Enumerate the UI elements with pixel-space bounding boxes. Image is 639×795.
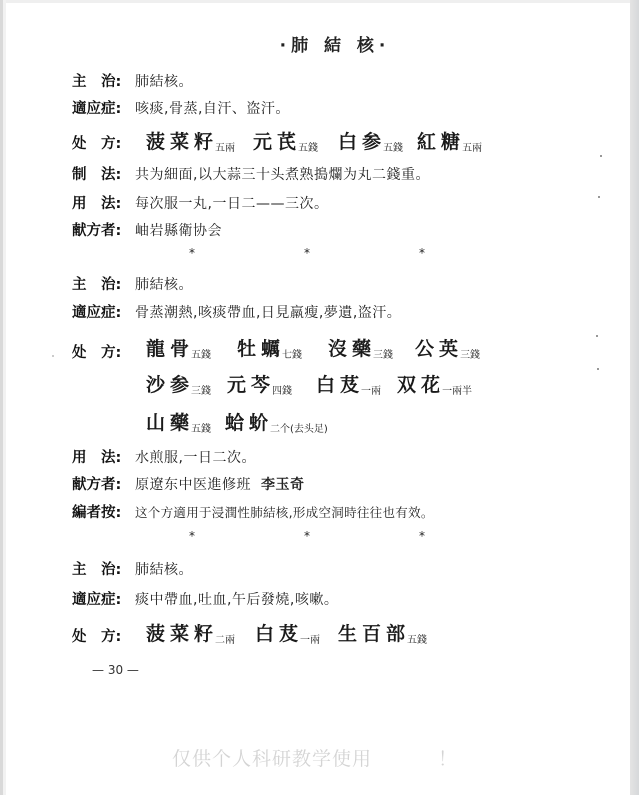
separator-star: * (419, 529, 425, 543)
preparation-value: 共为細面,以大蒜三十头煮熟搗爛为丸二錢重。 (135, 164, 430, 184)
herb-item: 沒藥 三錢 (328, 334, 393, 361)
scan-speck (596, 335, 598, 337)
scan-speck (600, 155, 602, 157)
herb-item: 牡蠣 七錢 (237, 334, 302, 361)
separator-star: * (419, 246, 425, 260)
prescription-label: 处 方: (72, 341, 135, 362)
contributor-person: 李玉奇 (261, 474, 305, 494)
entry-2-herb-list-line-3: 山藥 五錢 蛤蚧 二个(去头足) (146, 408, 344, 435)
entry-2-contributor-row: 献方者: 原遼东中医進修班 李玉奇 (72, 473, 305, 494)
entry-1-usage-row: 用 法: 每次服一丸,一日二——三次。 (72, 192, 328, 213)
herb-item: 山藥 五錢 (146, 408, 211, 435)
entry-1-prescription-row: 处 方: (72, 132, 135, 153)
entry-2-herb-list-line-1: 龍骨 五錢 牡蠣 七錢 沒藥 三錢 公英 三錢 (146, 334, 496, 361)
watermark-text: 仅供个人科研教学使用 (172, 744, 372, 771)
document-page: ·肺 結 核· 主 治: 肺結核。 適应症: 咳痰,骨蒸,自汗、盗汗。 处 方:… (6, 3, 630, 795)
indication-value: 肺結核。 (135, 71, 193, 91)
entry-2-indication-row: 主 治: 肺結核。 (72, 273, 193, 294)
entry-1-contributor-row: 献方者: 岫岩縣衛协会 (72, 219, 222, 240)
herb-item: 元芩 四錢 (227, 370, 292, 397)
contributor-label: 献方者: (72, 219, 135, 240)
entry-3-symptoms-row: 適应症: 痰中帶血,吐血,午后發燒,咳嗽。 (72, 588, 338, 609)
indication-value: 肺結核。 (135, 559, 193, 579)
separator-star: * (189, 246, 195, 260)
entry-2-usage-row: 用 法: 水煎服,一日二次。 (72, 446, 256, 467)
editor-note-label: 編者按: (72, 501, 135, 522)
symptoms-value: 骨蒸潮熱,咳痰帶血,日見羸瘦,夢遺,盗汗。 (135, 302, 401, 322)
entry-3-herb-list: 菠菜籽 二兩 白芨 一兩 生百部 五錢 (146, 619, 443, 646)
entry-1-symptoms-row: 適应症: 咳痰,骨蒸,自汗、盗汗。 (72, 97, 290, 118)
indication-value: 肺結核。 (135, 274, 193, 294)
entry-1-indication-row: 主 治: 肺結核。 (72, 70, 193, 91)
herb-item: 白芨 一兩 (316, 370, 381, 397)
scan-speck (598, 196, 600, 198)
contributor-label: 献方者: (72, 473, 135, 494)
contributor-value: 原遼东中医進修班 (135, 474, 251, 494)
contributor-value: 岫岩縣衛协会 (135, 220, 222, 240)
herb-item: 龍骨 五錢 (146, 334, 211, 361)
entry-1-herb-list: 菠菜籽 五兩 元芪 五錢 白参 五錢 紅糖 五兩 (146, 127, 498, 154)
herb-item: 白参 五錢 (338, 127, 403, 154)
usage-value: 水煎服,一日二次。 (135, 447, 256, 467)
entry-2-herb-list-line-2: 沙参 三錢 元芩 四錢 白芨 一兩 双花 一兩半 (146, 370, 488, 397)
herb-item: 沙参 三錢 (146, 370, 211, 397)
scan-speck (52, 355, 54, 357)
herb-item: 双花 一兩半 (397, 370, 472, 397)
herb-item: 元芪 五錢 (253, 127, 318, 154)
herb-item: 公英 三錢 (415, 334, 480, 361)
entry-3-prescription-row: 处 方: (72, 625, 135, 646)
page-number: — 30 — (92, 663, 139, 677)
entry-2-editor-note-row: 編者按: 这个方適用于浸潤性肺結核,形成空洞時往往也有效。 (72, 501, 434, 522)
indication-label: 主 治: (72, 70, 135, 91)
herb-item: 紅糖 五兩 (417, 127, 482, 154)
symptoms-value: 咳痰,骨蒸,自汗、盗汗。 (135, 98, 290, 118)
usage-value: 每次服一丸,一日二——三次。 (135, 193, 328, 213)
symptoms-label: 適应症: (72, 97, 135, 118)
page-title: ·肺 結 核· (6, 31, 630, 56)
entry-2-symptoms-row: 適应症: 骨蒸潮熱,咳痰帶血,日見羸瘦,夢遺,盗汗。 (72, 301, 401, 322)
symptoms-label: 適应症: (72, 301, 135, 322)
separator-star: * (304, 529, 310, 543)
prescription-label: 处 方: (72, 625, 135, 646)
herb-item: 白芨 一兩 (255, 619, 320, 646)
indication-label: 主 治: (72, 558, 135, 579)
prescription-label: 处 方: (72, 132, 135, 153)
entry-3-indication-row: 主 治: 肺結核。 (72, 558, 193, 579)
usage-label: 用 法: (72, 192, 135, 213)
entry-1-preparation-row: 制 法: 共为細面,以大蒜三十头煮熟搗爛为丸二錢重。 (72, 163, 430, 184)
symptoms-label: 適应症: (72, 588, 135, 609)
herb-item: 蛤蚧 二个(去头足) (225, 408, 328, 435)
watermark-exclamation: ！ (438, 744, 457, 771)
herb-item: 菠菜籽 二兩 (146, 619, 235, 646)
entry-2-prescription-row: 处 方: (72, 341, 135, 362)
preparation-label: 制 法: (72, 163, 135, 184)
herb-item: 菠菜籽 五兩 (146, 127, 235, 154)
indication-label: 主 治: (72, 273, 135, 294)
separator-star: * (304, 246, 310, 260)
usage-label: 用 法: (72, 446, 135, 467)
herb-item: 生百部 五錢 (338, 619, 427, 646)
page-right-border (630, 0, 639, 795)
editor-note-value: 这个方適用于浸潤性肺結核,形成空洞時往往也有效。 (135, 503, 434, 521)
scan-speck (597, 368, 599, 370)
separator-star: * (189, 529, 195, 543)
symptoms-value: 痰中帶血,吐血,午后發燒,咳嗽。 (135, 589, 338, 609)
